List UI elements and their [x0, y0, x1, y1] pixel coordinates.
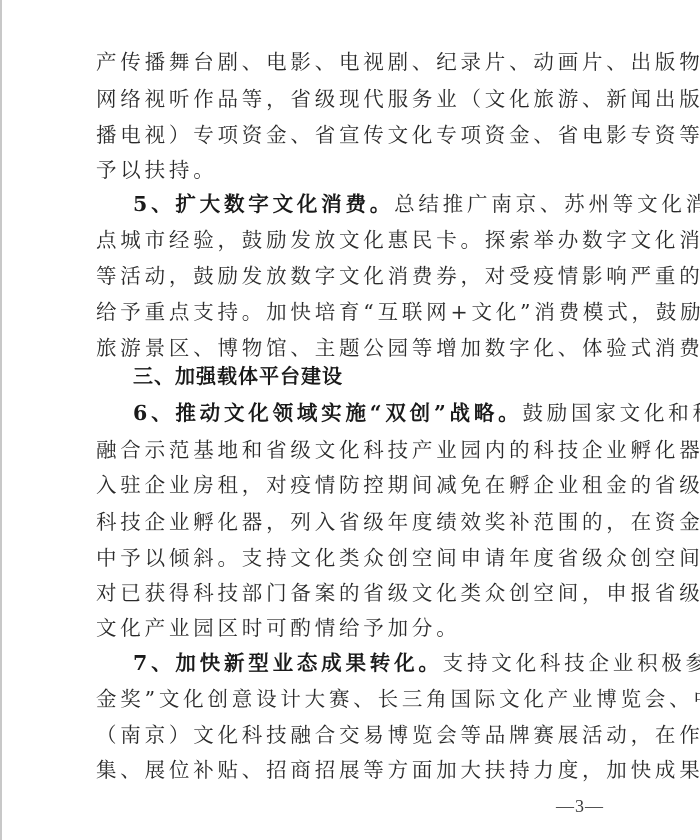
paragraph-line: （南京）文化科技融合交易博览会等品牌赛展活动，在作品征: [96, 717, 608, 753]
paragraph-line: 网络视听作品等，省级现代服务业（文化旅游、新闻出版、广: [96, 81, 608, 117]
paragraph-line: 给予重点支持。加快培育“互联网+文化”消费模式，鼓励引导: [96, 294, 608, 330]
paragraph-line: 科技企业孵化器，列入省级年度绩效奖补范围的，在资金分配: [96, 504, 608, 540]
item-7-first-line: 7、加快新型业态成果转化。支持文化科技企业积极参与“紫: [133, 645, 608, 681]
paragraph-line: 文化产业园区时可酌情给予加分。: [96, 610, 608, 646]
item-5-title: 5、扩大数字文化消费。: [133, 192, 394, 216]
page-left-border: [0, 0, 2, 840]
page-number: —3—: [556, 796, 604, 817]
item-7-title: 7、加快新型业态成果转化。: [133, 651, 443, 675]
paragraph-line: 等活动，鼓励发放数字文化消费券，对受疫情影响严重的行业: [96, 258, 608, 294]
paragraph-line: 中予以倾斜。支持文化类众创空间申请年度省级众创空间备案，: [96, 540, 608, 576]
paragraph-line: 对已获得科技部门备案的省级文化类众创空间，申报省级重点: [96, 575, 608, 611]
paragraph-line: 点城市经验，鼓励发放文化惠民卡。探索举办数字文化消费季: [96, 222, 608, 258]
paragraph-line: 集、展位补贴、招商招展等方面加大扶持力度，加快成果孵化: [96, 752, 608, 788]
paragraph-line: 入驻企业房租，对疫情防控期间减免在孵企业租金的省级以上: [96, 467, 608, 503]
item-6-text: 鼓励国家文化和科技: [522, 401, 700, 425]
paragraph-line: 产传播舞台剧、电影、电视剧、纪录片、动画片、出版物以及: [96, 44, 608, 80]
paragraph-line: 予以扶持。: [96, 152, 608, 188]
section-heading: 三、加强载体平台建设: [133, 358, 343, 394]
item-6-title: 6、推动文化领域实施“双创”战略。: [133, 401, 522, 425]
paragraph-line: 融合示范基地和省级文化科技产业园内的科技企业孵化器减免: [96, 432, 608, 468]
paragraph-line: 播电视）专项资金、省宣传文化专项资金、省电影专资等优先: [96, 117, 608, 153]
item-5-text: 总结推广南京、苏州等文化消费试: [394, 192, 700, 216]
item-5-first-line: 5、扩大数字文化消费。总结推广南京、苏州等文化消费试: [133, 186, 608, 222]
paragraph-line: 金奖”文化创意设计大赛、长三角国际文化产业博览会、中国: [96, 681, 608, 717]
item-7-text: 支持文化科技企业积极参与“紫: [443, 651, 700, 675]
item-6-first-line: 6、推动文化领域实施“双创”战略。鼓励国家文化和科技: [133, 395, 608, 431]
